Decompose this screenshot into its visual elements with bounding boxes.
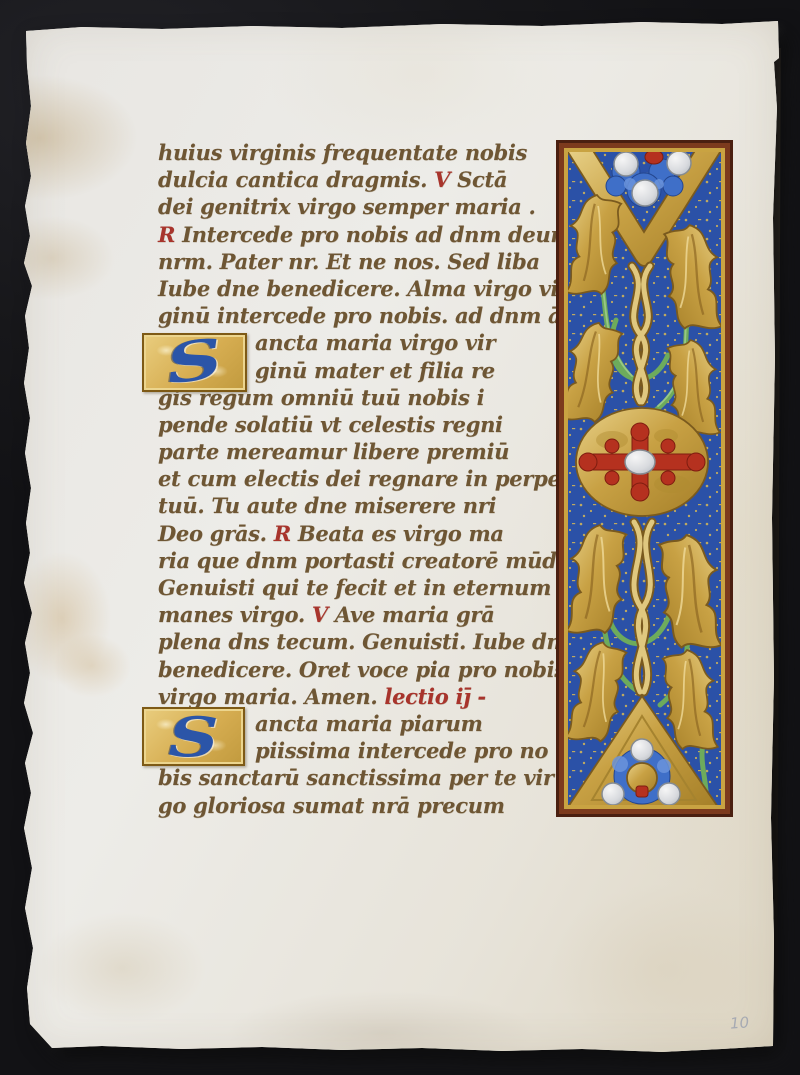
ink-text: dulcia cantica dragmis. — [158, 167, 434, 192]
ink-text: benedicere. Oret voce pia pro nobis — [158, 657, 566, 682]
ink-text: plena dns tecum. Genuisti. Iube dne — [158, 629, 574, 654]
manuscript-line: Deo grās. R Beata es virgo ma — [158, 520, 558, 547]
illuminated-initial-2: S — [142, 707, 245, 766]
manuscript-line: tuū. Tu aute dne miserere nri — [158, 492, 558, 519]
rubric-text: V — [434, 167, 457, 192]
ink-text: ancta maria piarum — [255, 711, 483, 736]
manuscript-line: benedicere. Oret voce pia pro nobis — [158, 656, 558, 683]
manuscript-line: ria que dnm portasti creatorē mūdi — [158, 547, 558, 574]
manuscript-line: Genuisti qui te fecit et in eternum per — [158, 574, 558, 601]
ink-text: piissima intercede pro no — [255, 738, 548, 763]
ink-text: Genuisti qui te fecit et in eternum per — [158, 575, 596, 600]
initial-letter: S — [162, 330, 226, 391]
ink-text: Ave maria grā — [335, 602, 495, 627]
ink-text: ginū intercede pro nobis. ad dnm ā — [158, 303, 568, 328]
ink-text: huius virginis frequentate nobis — [158, 140, 527, 165]
ink-text: Beata es virgo ma — [298, 521, 504, 546]
manuscript-line: go gloriosa sumat nrā precum — [158, 792, 558, 819]
ink-text: dei genitrix virgo semper maria . — [158, 194, 535, 219]
rubric-text: R — [274, 521, 298, 546]
ink-text: ria que dnm portasti creatorē mūdi — [158, 548, 564, 573]
photo-background: huius virginis frequentate nobisdulcia c… — [0, 0, 800, 1075]
ink-text: Intercede pro nobis ad dnm deum — [182, 222, 572, 247]
manuscript-line: huius virginis frequentate nobis — [158, 139, 558, 166]
initial-letter: S — [168, 710, 219, 764]
manuscript-line: Iube dne benedicere. Alma virgo vir — [158, 275, 558, 302]
manuscript-line: et cum electis dei regnare in perpe — [158, 465, 558, 492]
illuminated-initial-1: S — [142, 333, 247, 392]
manuscript-line: parte mereamur libere premiū — [158, 438, 558, 465]
braided-chain-upper — [632, 266, 650, 402]
ink-text: et cum electis dei regnare in perpe — [158, 466, 561, 491]
manuscript-line: dei genitrix virgo semper maria . — [158, 193, 558, 220]
ink-text: go gloriosa sumat nrā precum — [158, 793, 505, 818]
ink-text: nrm. Pater nr. Et ne nos. Sed liba — [158, 249, 540, 274]
silver-boss — [625, 450, 655, 474]
ink-text: tuū. Tu aute dne miserere nri — [158, 493, 496, 518]
ink-text: Deo grās. — [158, 521, 274, 546]
ink-text: Sctā — [457, 167, 507, 192]
pencil-page-number: 10 — [729, 1013, 749, 1032]
ink-text: pende solatiū vt celestis regni — [158, 412, 503, 437]
manuscript-line: dulcia cantica dragmis. V Sctā — [158, 166, 558, 193]
ink-text: Iube dne benedicere. Alma virgo vir — [158, 276, 569, 301]
rubric-text: V — [312, 602, 335, 627]
rubric-text: lectio ij̄ - — [384, 684, 485, 709]
illuminated-border-panel — [556, 140, 733, 817]
ink-text: manes virgo. — [158, 602, 312, 627]
rubric-text: R — [158, 222, 182, 247]
central-medallion — [576, 408, 708, 516]
manuscript-line: ginū intercede pro nobis. ad dnm ā ī. — [158, 302, 558, 329]
ink-text: ancta maria virgo vir — [255, 330, 495, 355]
manuscript-line: plena dns tecum. Genuisti. Iube dne — [158, 628, 558, 655]
manuscript-line: nrm. Pater nr. Et ne nos. Sed liba — [158, 248, 558, 275]
manuscript-line: manes virgo. V Ave maria grā — [158, 601, 558, 628]
ink-text: parte mereamur libere premiū — [158, 439, 509, 464]
manuscript-line: R Intercede pro nobis ad dnm deum — [158, 221, 558, 248]
ink-text: ginū mater et filia re — [255, 358, 495, 383]
ink-text: bis sanctarū sanctissima per te vir — [158, 765, 554, 790]
manuscript-line: pende solatiū vt celestis regni — [158, 411, 558, 438]
